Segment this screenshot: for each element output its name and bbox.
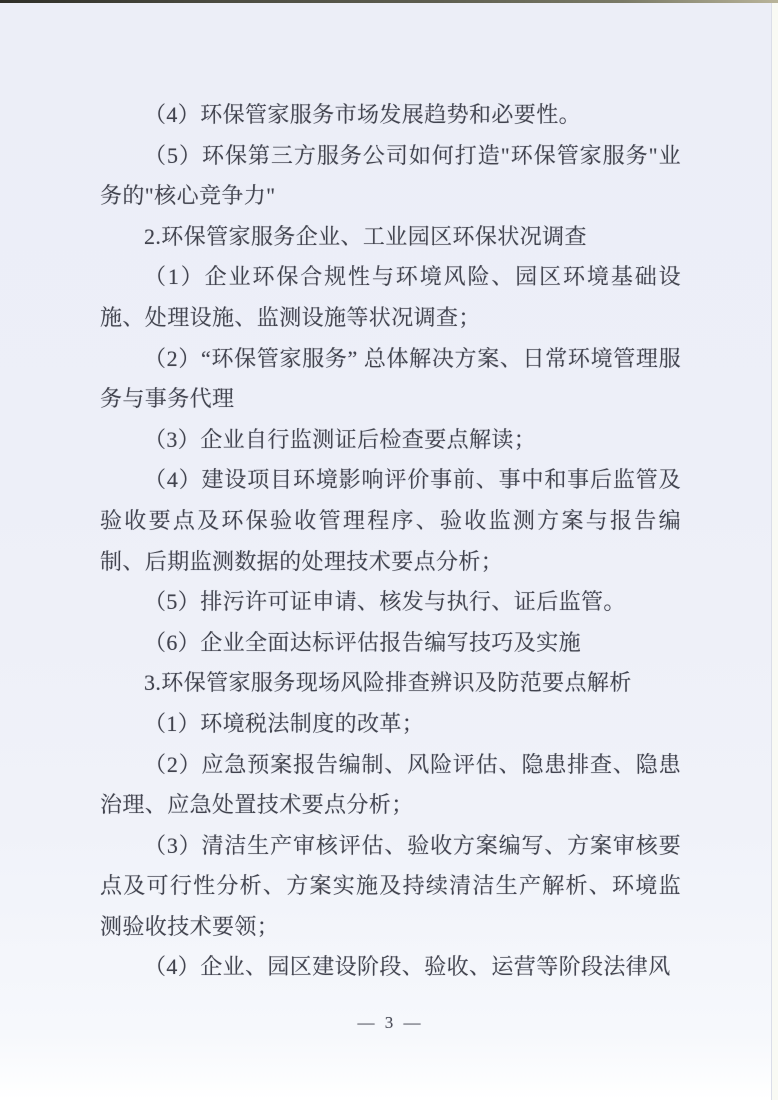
paragraph: （4）环保管家服务市场发展趋势和必要性。 <box>100 95 681 136</box>
section-heading: 3.环保管家服务现场风险排查辨识及防范要点解析 <box>100 663 681 704</box>
scan-edge-top <box>0 0 778 3</box>
scan-edge-right <box>771 3 778 1100</box>
scanned-page: { "colors": { "paper_top": "#edeff8", "p… <box>0 0 778 1100</box>
paragraph: （3）清洁生产审核评估、验收方案编写、方案审核要点及可行性分析、方案实施及持续清… <box>100 826 681 948</box>
paragraph: （2）“环保管家服务” 总体解决方案、日常环境管理服务与事务代理 <box>100 339 681 420</box>
paragraph: （4）企业、园区建设阶段、验收、运营等阶段法律风 <box>100 947 681 988</box>
paragraph: （1）环境税法制度的改革； <box>100 704 681 745</box>
paragraph: （5）环保第三方服务公司如何打造"环保管家服务"业务的"核心竞争力" <box>100 136 681 217</box>
page-footer: — 3 — <box>100 1013 681 1033</box>
paragraph: （6）企业全面达标评估报告编写技巧及实施 <box>100 623 681 664</box>
paragraph: （4）建设项目环境影响评价事前、事中和事后监管及验收要点及环保验收管理程序、验收… <box>100 460 681 582</box>
paragraph: （3）企业自行监测证后检查要点解读； <box>100 420 681 461</box>
paragraph: （1）企业环保合规性与环境风险、园区环境基础设施、处理设施、监测设施等状况调查； <box>100 257 681 338</box>
section-heading: 2.环保管家服务企业、工业园区环保状况调查 <box>100 217 681 258</box>
document-body: （4）环保管家服务市场发展趋势和必要性。 （5）环保第三方服务公司如何打造"环保… <box>100 95 681 988</box>
paragraph: （5）排污许可证申请、核发与执行、证后监管。 <box>100 582 681 623</box>
page-number: — 3 — <box>358 1013 424 1032</box>
paragraph: （2）应急预案报告编制、风险评估、隐患排查、隐患治理、应急处置技术要点分析； <box>100 745 681 826</box>
